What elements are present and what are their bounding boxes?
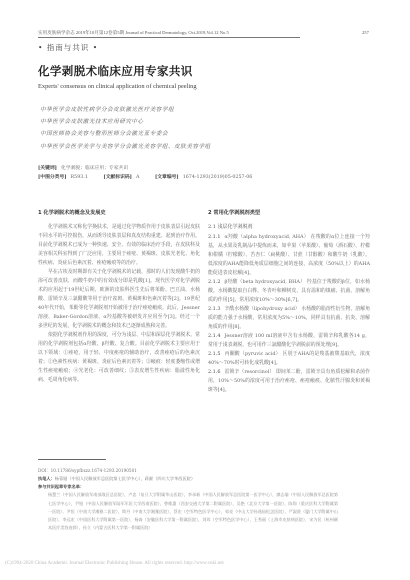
footnotes: DOI：10.11786/sypfbxzz.1674-1293.20190501… — [38, 466, 338, 532]
doi: DOI：10.11786/sypfbxzz.1674-1293.20190501 — [38, 466, 338, 475]
item-text: 辛酰水杨酸（lipohydroxy acid） 水杨酸的脂溶性衍生物，溶解角质的… — [208, 306, 370, 330]
author-org: 中国医师协会美容与整形医师分会激光亚专委会 — [40, 128, 211, 140]
list-item: 2.1.1α羟酸（alpha hydroxyacid, AHA） 在羧酸的α位上… — [208, 233, 370, 278]
experts-label-row: 参与共识起草专家名单： — [38, 483, 338, 491]
paragraph: 早在古埃及时期即有关于化学剥脱术的记载，那时的人们发现酸牛奶的浴可改善皮肤，而酸… — [38, 268, 200, 331]
left-column: 1 化学剥脱术的概念及发展史 化学剥脱术又称化学换肤术，是通过化学物质作用于皮肤… — [38, 209, 200, 385]
keywords-label: [关键词] — [38, 165, 57, 171]
experts-list: 杨慧兰（中国人民解放军南部战区总医院），卢忠（复旦大学附属华山医院），李承新（中… — [38, 491, 338, 532]
keywords-row: [关键词]化学剥脱；临床应用；专家共识 — [38, 164, 252, 173]
section-heading: 1 化学剥脱术的概念及发展史 — [38, 209, 200, 218]
experts-label: 参与共识起草专家名单： — [38, 484, 84, 489]
doc-code-value: A — [136, 175, 139, 180]
list-item: 2.1.4Jessner溶液 100 ml溶液中含有水杨酸、雷锁辛和乳酸各14 … — [208, 332, 370, 350]
author-org: 中华医学会医学美学与美容学分会激光美容学组、皮肤美容学组 — [40, 141, 211, 153]
list-item: 2.1.3辛酰水杨酸（lipohydroxy acid） 水杨酸的脂溶性衍生物，… — [208, 305, 370, 332]
doc-code-label: [文献标识码] — [103, 174, 132, 180]
keywords-value: 化学剥脱；临床应用；专家共识 — [61, 166, 128, 171]
article-no-value: 1674-1293(2019)05-0257-06 — [183, 175, 253, 180]
list-item: 2.1.5丙酮酸（pyruvic acid） 区别于AHA的是羧基被羰基取代，浓… — [208, 350, 370, 368]
article-title-en: Experts' consensus on clinical applicati… — [38, 83, 197, 90]
item-number: 2.1.4 — [208, 333, 220, 339]
paragraph: 化学剥脱术又称化学换肤术，是通过化学物质作用于皮肤表层引起皮肤不同水平的可控损伤… — [38, 223, 200, 268]
paragraph: 依据化学剥脱剂作用的深度，可分为浅层、中层和深层化学剥脱术。常用的化学剥脱剂包括… — [38, 331, 200, 385]
footnote-divider — [38, 459, 106, 460]
article-metadata: [关键词]化学剥脱；临床应用；专家共识 [中图分类号]R593.1 [文献标识码… — [38, 164, 252, 182]
item-number: 2.1.5 — [208, 351, 220, 357]
subsection-heading: 2.1 浅层化学剥脱剂 — [208, 223, 370, 232]
author-org: 中华医学会皮肤性病学分会皮肤激光医疗美容学组 — [40, 104, 211, 116]
item-text: 丙酮酸（pyruvic acid） 区别于AHA的是羧基被羰基取代，浓度40%～… — [208, 351, 370, 366]
column-tag: • 指南与共识 • — [38, 42, 98, 53]
writers-row: 执笔人：杨蓉娅（中国人民解放军总医院第七医学中心），蒋献（四川大学华西医院） — [38, 475, 338, 483]
author-organizations: 中华医学会皮肤性病学分会皮肤激光医疗美容学组 中华医学会皮肤激光技术应用研究中心… — [40, 104, 211, 153]
clc-label: [中图分类号] — [38, 174, 67, 180]
article-no-label: [文章编号] — [155, 174, 179, 180]
list-item: 2.1.6雷锁辛（resorcinol） 即间苯二酚，雷锁辛具有角质松解和杀菌作… — [208, 368, 370, 395]
item-number: 2.1.2 — [208, 279, 220, 285]
item-text: 雷锁辛（resorcinol） 即间苯二酚，雷锁辛具有角质松解和杀菌作用，10%… — [208, 369, 370, 393]
writers-value: 杨蓉娅（中国人民解放军总医院第七医学中心），蒋献（四川大学华西医院） — [55, 476, 195, 481]
item-text: Jessner溶液 100 ml溶液中含有水杨酸、雷锁辛和乳酸各14 g，常用于… — [208, 333, 370, 348]
author-org: 中华医学会皮肤激光技术应用研究中心 — [40, 116, 211, 128]
journal-running-header: 实用皮肤病学杂志 2019年10月第12卷第5期 Journal of Prac… — [38, 30, 300, 38]
classification-row: [中图分类号]R593.1 [文献标识码]A [文章编号]1674-1293(2… — [38, 173, 252, 182]
item-number: 2.1.1 — [208, 234, 220, 240]
list-item: 2.1.2β羟酸（beta hydroxyacid, BHA） 羟基位于羧酸的β… — [208, 278, 370, 305]
right-column: 2 常用化学剥脱剂类型 2.1 浅层化学剥脱剂 2.1.1α羟酸（alpha h… — [208, 209, 370, 395]
page-number: 257 — [362, 30, 369, 35]
clc-value: R593.1 — [71, 175, 88, 180]
writers-label: 执笔人： — [38, 476, 55, 481]
copyright-watermark: (C)1994-2020 China Academic Journal Elec… — [5, 561, 224, 566]
section-heading: 2 常用化学剥脱剂类型 — [208, 209, 370, 218]
article-title-cn: 化学剥脱术临床应用专家共识 — [38, 63, 193, 79]
item-number: 2.1.6 — [208, 369, 220, 375]
item-text: α羟酸（alpha hydroxyacid, AHA） 在羧酸的α位上连接一个羟… — [208, 234, 370, 276]
item-text: β羟酸（beta hydroxyacid, BHA） 羟基位于羧酸的β位，如水杨… — [208, 279, 370, 303]
item-number: 2.1.3 — [208, 306, 220, 312]
